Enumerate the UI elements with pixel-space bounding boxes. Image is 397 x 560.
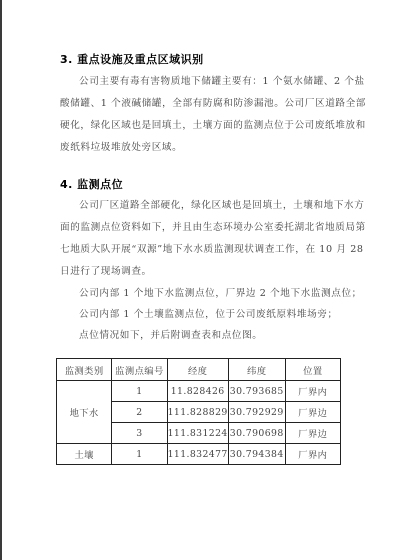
section-4-line-2: 面的监测点位资料如下，并且由生态环境办公室委托湖北省地质局第 (60, 219, 366, 233)
table-header-row: 监测类别 监测点编号 经度 纬度 位置 (57, 359, 341, 381)
latitude-cell: 30.790698 (228, 423, 285, 444)
point-id-cell: 1 (112, 444, 167, 465)
section-4-line-6: 公司内部 1 个土壤监测点位，位于公司废纸原料堆场旁； (79, 306, 338, 320)
section-3-line-2: 酸储罐、1 个液碱储罐，全部有防腐和防渗漏池。公司厂区道路全部 (60, 95, 366, 109)
header-longitude: 经度 (167, 359, 228, 381)
table-row: 土壤 1 111.832477 30.794384 厂界内 (57, 444, 341, 465)
location-cell: 厂界内 (285, 381, 340, 402)
location-cell: 厂界边 (285, 423, 340, 444)
location-cell: 厂界边 (285, 402, 340, 423)
section-4-line-1: 公司厂区道路全部硬化，绿化区域也是回填土，土壤和地下水方 (79, 197, 364, 211)
header-point-id: 监测点编号 (112, 359, 167, 381)
section-3-line-4: 废纸料垃圾堆放处旁区域。 (60, 139, 182, 153)
section-4-line-4: 日进行了现场调查。 (60, 263, 152, 277)
section-3-heading: 3. 重点设施及重点区域识别 (60, 51, 204, 67)
location-cell: 厂界内 (285, 444, 340, 465)
category-cell: 地下水 (57, 381, 112, 444)
section-4-line-5: 公司内部 1 个地下水监测点位，厂界边 2 个地下水监测点位； (79, 285, 362, 299)
section-4-heading: 4. 监测点位 (60, 176, 123, 192)
longitude-cell: 111.831224 (167, 423, 228, 444)
longitude-cell: 11.828426 (167, 381, 228, 402)
longitude-cell: 111.832477 (167, 444, 228, 465)
longitude-cell: 111.828829 (167, 402, 228, 423)
category-cell: 土壤 (57, 444, 112, 465)
latitude-cell: 30.793685 (228, 381, 285, 402)
section-3-line-1: 公司主要有毒有害物质地下储罐主要有：1 个氨水储罐、2 个盐 (79, 73, 365, 87)
point-id-cell: 3 (112, 423, 167, 444)
section-4-line-7: 点位情况如下，并后附调查表和点位图。 (79, 327, 263, 341)
section-4-line-3: 七地质大队开展“双源”地下水水质监测现状调查工作，在 10 月 28 (60, 241, 364, 255)
point-id-cell: 2 (112, 402, 167, 423)
point-id-cell: 1 (112, 381, 167, 402)
table-row: 地下水 1 11.828426 30.793685 厂界内 (57, 381, 341, 402)
header-category: 监测类别 (57, 359, 112, 381)
latitude-cell: 30.794384 (228, 444, 285, 465)
monitoring-points-table: 监测类别 监测点编号 经度 纬度 位置 地下水 1 11.828426 30.7… (56, 358, 341, 465)
header-latitude: 纬度 (228, 359, 285, 381)
latitude-cell: 30.792929 (228, 402, 285, 423)
header-location: 位置 (285, 359, 340, 381)
page-left-border (0, 0, 2, 560)
section-3-line-3: 硬化，绿化区域也是回填土，土壤方面的监测点位于公司废纸堆放和 (60, 117, 366, 131)
